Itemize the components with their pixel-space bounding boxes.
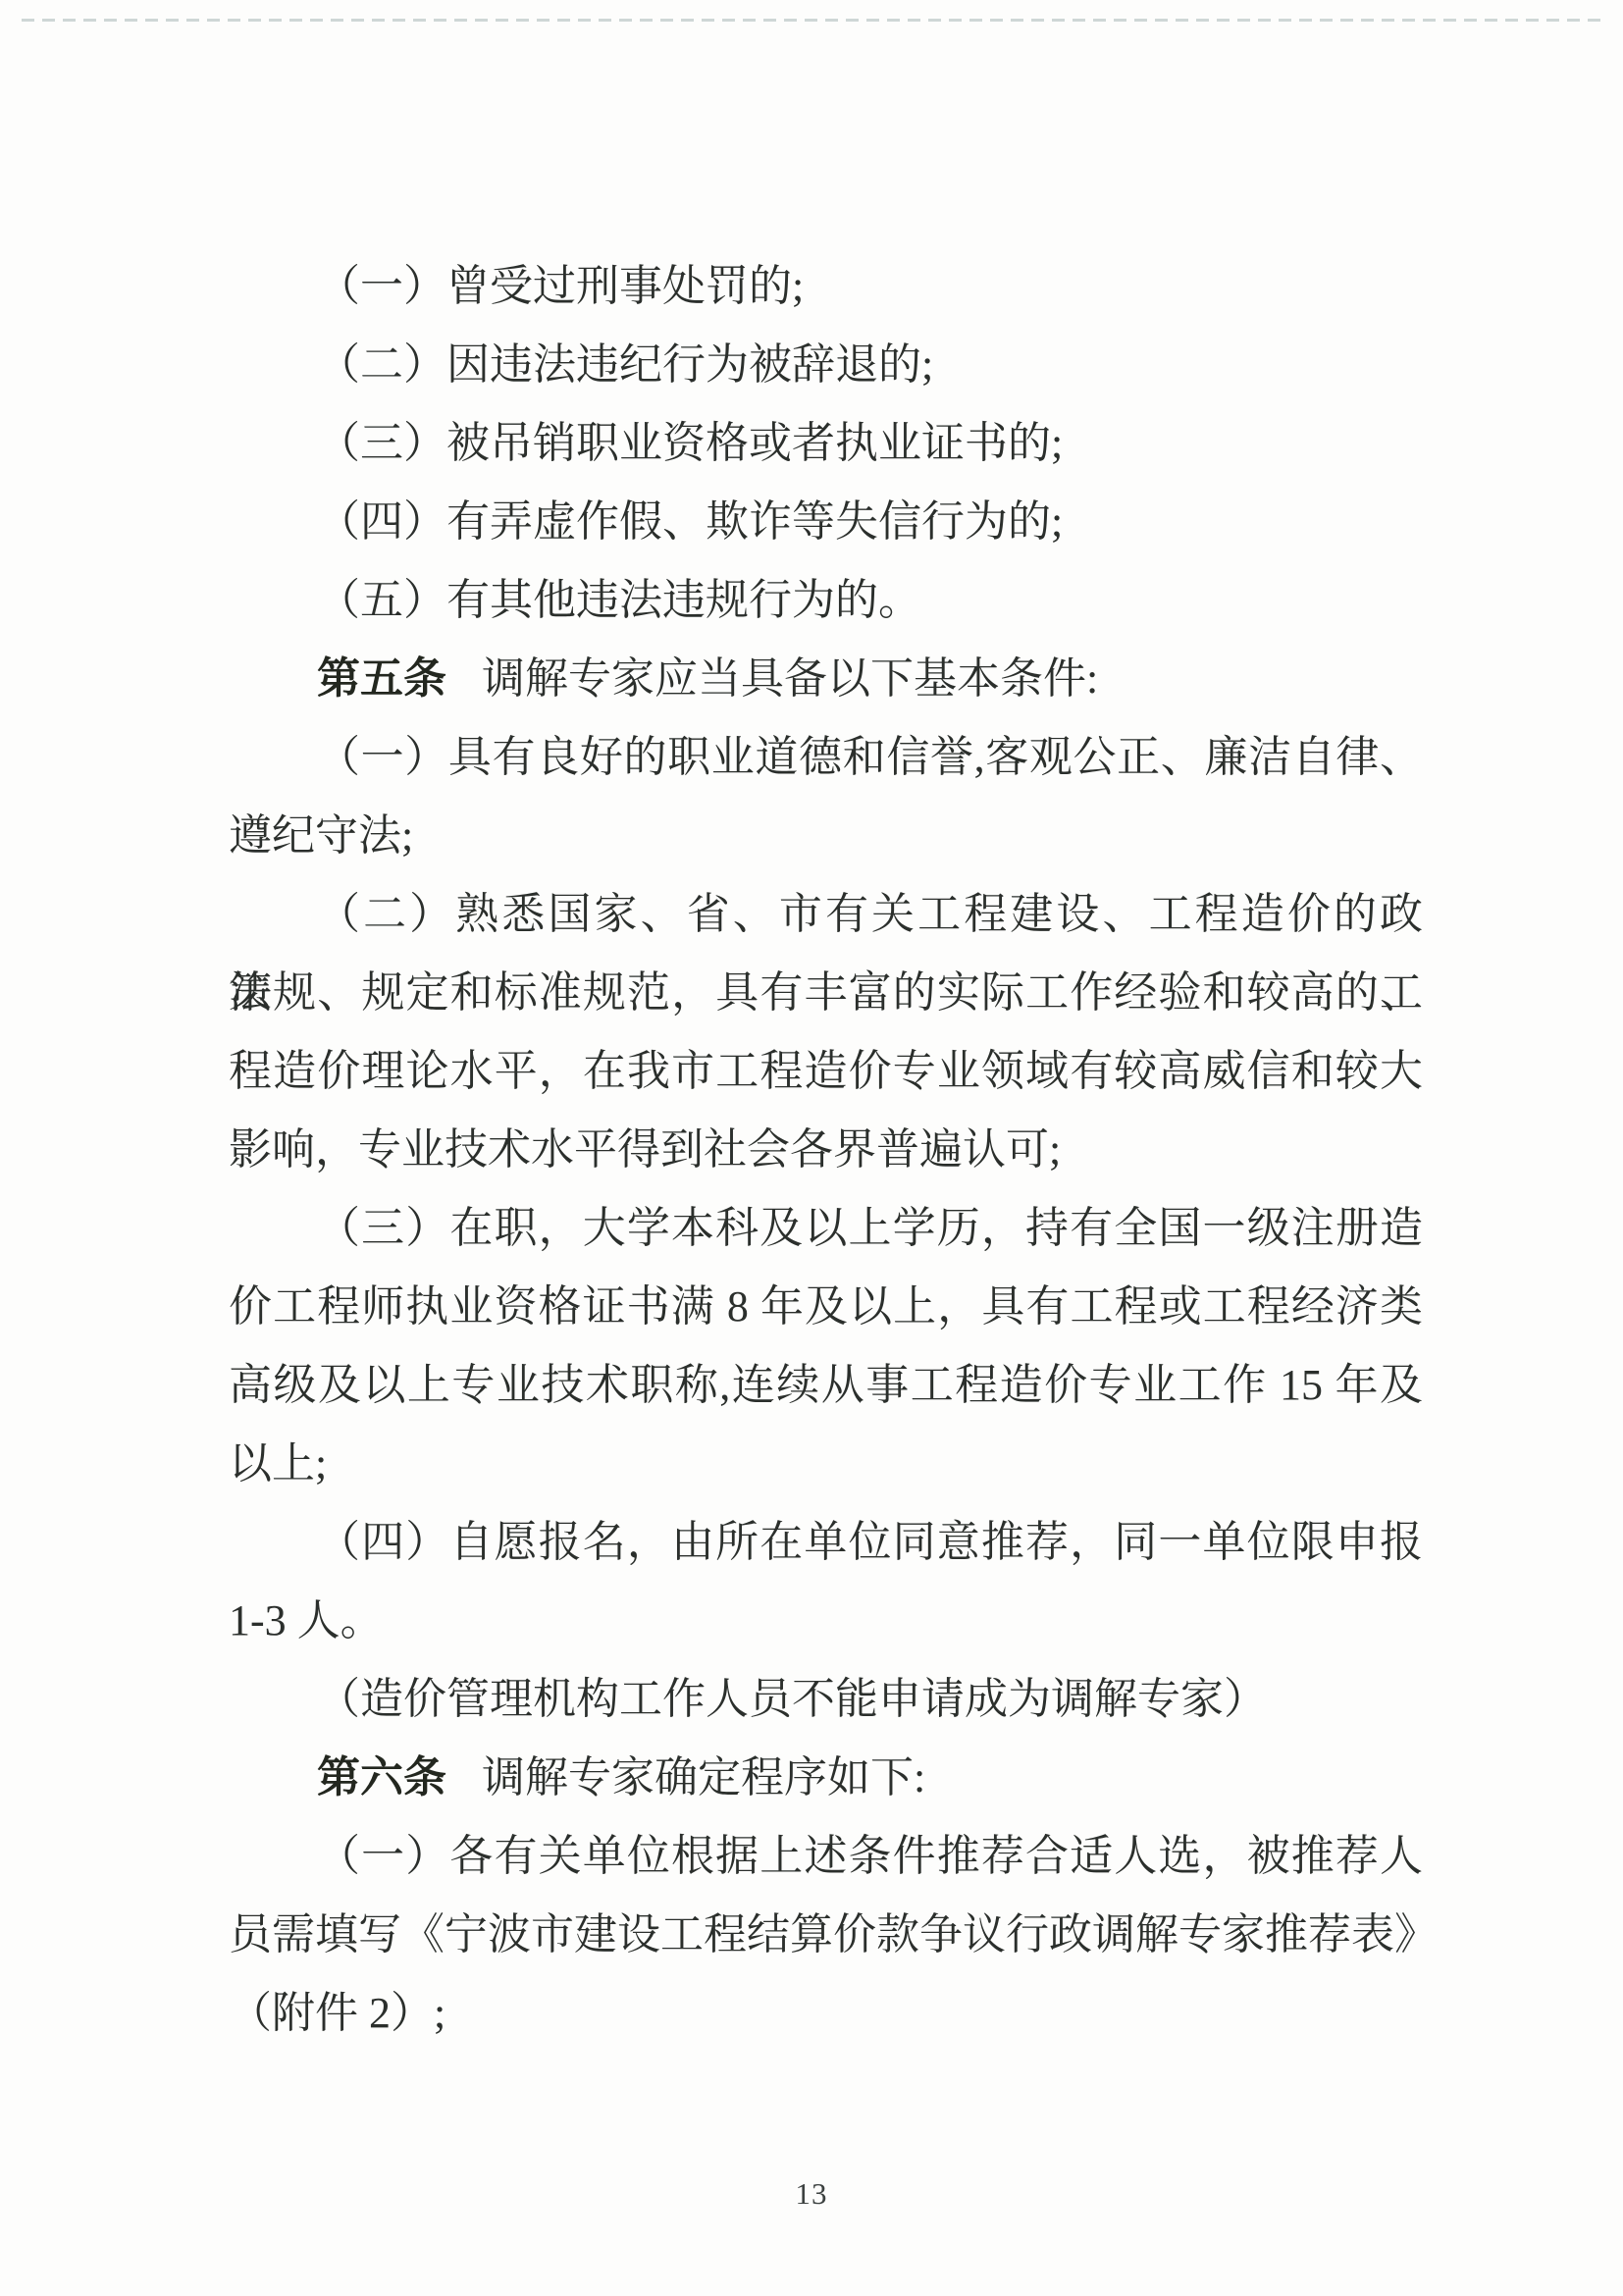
text-line: （二）因违法违纪行为被辞退的; [229, 326, 1423, 404]
text-line: 影响，专业技术水平得到社会各界普遍认可; [229, 1111, 1423, 1189]
text-line: （一）曾受过刑事处罚的; [229, 247, 1423, 326]
text-line-article-5: 第五条调解专家应当具备以下基本条件: [229, 640, 1423, 718]
line-text: （三）被吊销职业资格或者执业证书的; [317, 419, 1063, 467]
text-line: 1-3 人。 [229, 1582, 1423, 1660]
line-text: （四）有弄虚作假、欺诈等失信行为的; [317, 497, 1063, 546]
clause-number: 第六条 [317, 1753, 446, 1801]
line-text: 1-3 人。 [229, 1596, 384, 1644]
line-text: 遵纪守法; [229, 811, 413, 860]
line-text: 程造价理论水平，在我市工程造价专业领域有较高威信和较大 [229, 1047, 1423, 1095]
line-text: （一）各有关单位根据上述条件推荐合适人选，被推荐人 [317, 1832, 1423, 1880]
line-text: （附件 2）; [229, 1989, 445, 2037]
text-line: 以上; [229, 1425, 1423, 1503]
text-line: （二）熟悉国家、省、市有关工程建设、工程造价的政策、 [229, 875, 1423, 954]
text-line: 员需填写《宁波市建设工程结算价款争议行政调解专家推荐表》 [229, 1896, 1423, 1974]
line-text: （四）自愿报名，由所在单位同意推荐，同一单位限申报 [317, 1518, 1423, 1566]
text-line: （附件 2）; [229, 1974, 1423, 2053]
line-text: （造价管理机构工作人员不能申请成为调解专家） [317, 1675, 1267, 1723]
text-line: 法规、规定和标准规范，具有丰富的实际工作经验和较高的工 [229, 954, 1423, 1032]
text-line: （五）有其他违法违规行为的。 [229, 561, 1423, 640]
line-text: 高级及以上专业技术职称,连续从事工程造价专业工作 15 年及 [229, 1361, 1423, 1409]
line-text: （五）有其他违法违规行为的。 [317, 576, 921, 624]
text-line: （一）具有良好的职业道德和信誉,客观公正、廉洁自律、 [229, 718, 1423, 797]
document-page: （一）曾受过刑事处罚的; （二）因违法违纪行为被辞退的; （三）被吊销职业资格或… [0, 0, 1623, 2296]
text-line-article-6: 第六条调解专家确定程序如下: [229, 1739, 1423, 1817]
text-line: （三）在职，大学本科及以上学历，持有全国一级注册造 [229, 1189, 1423, 1268]
line-text: 调解专家应当具备以下基本条件: [482, 654, 1098, 703]
line-text: （一）具有良好的职业道德和信誉,客观公正、廉洁自律、 [317, 733, 1423, 781]
line-text: （二）因违法违纪行为被辞退的; [317, 340, 933, 389]
text-line: （造价管理机构工作人员不能申请成为调解专家） [229, 1660, 1423, 1739]
line-text: 员需填写《宁波市建设工程结算价款争议行政调解专家推荐表》 [229, 1910, 1438, 1958]
text-line: 高级及以上专业技术职称,连续从事工程造价专业工作 15 年及 [229, 1346, 1423, 1425]
line-text: 影响，专业技术水平得到社会各界普遍认可; [229, 1125, 1061, 1174]
line-text: 法规、规定和标准规范，具有丰富的实际工作经验和较高的工 [229, 968, 1423, 1017]
text-line: （四）有弄虚作假、欺诈等失信行为的; [229, 483, 1423, 561]
text-line: （一）各有关单位根据上述条件推荐合适人选，被推荐人 [229, 1817, 1423, 1896]
page-number: 13 [0, 2176, 1623, 2212]
line-text: （三）在职，大学本科及以上学历，持有全国一级注册造 [317, 1204, 1423, 1252]
text-line: （四）自愿报名，由所在单位同意推荐，同一单位限申报 [229, 1503, 1423, 1582]
text-line: 价工程师执业资格证书满 8 年及以上，具有工程或工程经济类 [229, 1268, 1423, 1346]
line-text: 调解专家确定程序如下: [482, 1753, 925, 1801]
text-line: 程造价理论水平，在我市工程造价专业领域有较高威信和较大 [229, 1032, 1423, 1111]
line-text: 以上; [229, 1439, 327, 1487]
line-text: （一）曾受过刑事处罚的; [317, 262, 804, 310]
clause-number: 第五条 [317, 654, 446, 703]
line-text: 价工程师执业资格证书满 8 年及以上，具有工程或工程经济类 [229, 1282, 1423, 1331]
text-line: （三）被吊销职业资格或者执业证书的; [229, 404, 1423, 483]
document-body: （一）曾受过刑事处罚的; （二）因违法违纪行为被辞退的; （三）被吊销职业资格或… [229, 247, 1423, 2053]
text-line: 遵纪守法; [229, 797, 1423, 875]
scan-artifact-line [22, 19, 1601, 22]
